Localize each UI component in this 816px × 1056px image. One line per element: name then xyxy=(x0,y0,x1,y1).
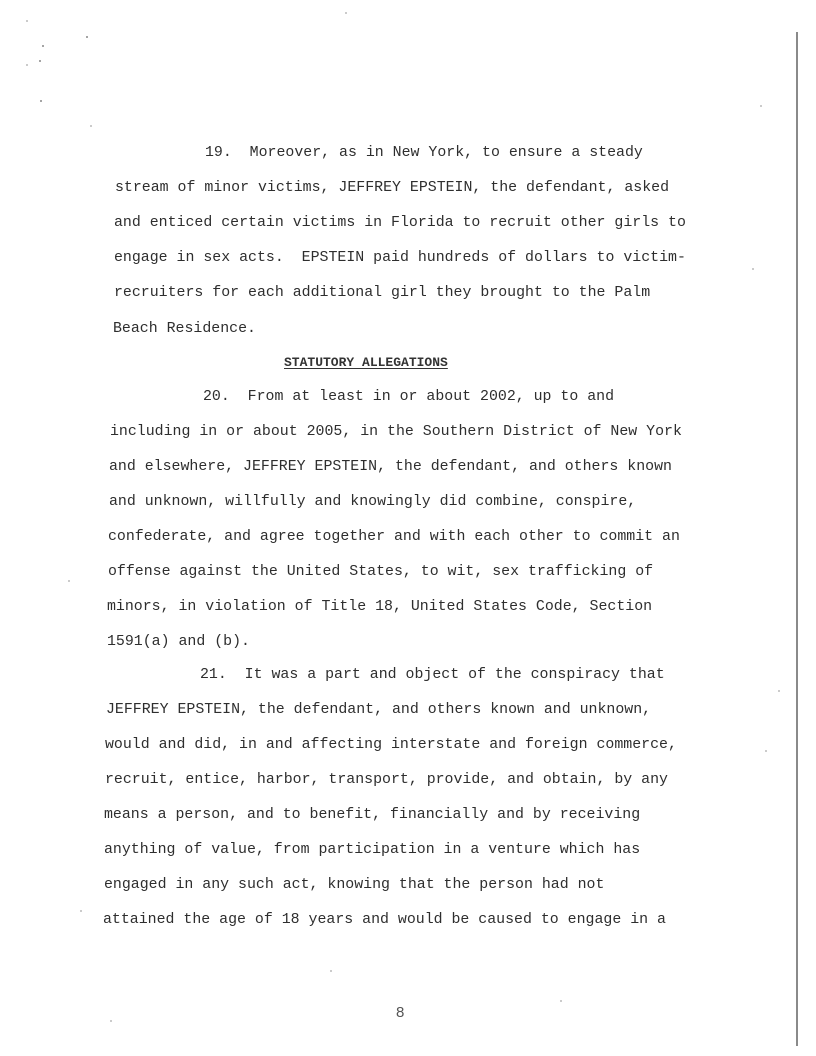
paragraph-19-line-2: stream of minor victims, JEFFREY EPSTEIN… xyxy=(115,179,669,197)
paragraph-19-line-4: engage in sex acts. EPSTEIN paid hundred… xyxy=(114,249,686,267)
scan-speck xyxy=(752,268,754,270)
scan-speck xyxy=(345,12,347,14)
scan-speck xyxy=(330,970,332,972)
scan-speck xyxy=(110,1020,112,1022)
paragraph-21-line-3: would and did, in and affecting intersta… xyxy=(105,736,677,754)
paragraph-21-line-1: 21. It was a part and object of the cons… xyxy=(200,666,665,684)
scan-speck xyxy=(86,36,88,38)
scan-speck xyxy=(560,1000,562,1002)
scan-speck xyxy=(39,60,41,62)
scan-speck xyxy=(760,105,762,107)
paragraph-20-line-2: including in or about 2005, in the South… xyxy=(110,423,682,441)
scan-speck xyxy=(68,580,70,582)
page-number: 8 xyxy=(396,1004,404,1021)
paragraph-21-line-5: means a person, and to benefit, financia… xyxy=(104,806,640,824)
scan-margin-line xyxy=(796,32,798,1046)
scan-speck xyxy=(778,690,780,692)
scan-speck xyxy=(42,45,44,47)
scan-speck xyxy=(26,20,28,22)
paragraph-20-line-4: and unknown, willfully and knowingly did… xyxy=(109,493,636,511)
paragraph-20-line-7: minors, in violation of Title 18, United… xyxy=(107,598,652,616)
paragraph-20-line-6: offense against the United States, to wi… xyxy=(108,563,653,581)
scan-speck xyxy=(26,64,28,66)
paragraph-20-line-8: 1591(a) and (b). xyxy=(107,633,250,651)
paragraph-19-line-1: 19. Moreover, as in New York, to ensure … xyxy=(205,144,643,162)
paragraph-19-line-5: recruiters for each additional girl they… xyxy=(114,284,650,302)
paragraph-20-line-1: 20. From at least in or about 2002, up t… xyxy=(203,388,614,406)
scan-speck xyxy=(40,100,42,102)
paragraph-21-line-6: anything of value, from participation in… xyxy=(104,841,640,859)
paragraph-19-line-3: and enticed certain victims in Florida t… xyxy=(114,214,686,232)
scan-speck xyxy=(80,910,82,912)
paragraph-20-line-3: and elsewhere, JEFFREY EPSTEIN, the defe… xyxy=(109,458,672,476)
scan-speck xyxy=(90,125,92,127)
paragraph-21-line-8: attained the age of 18 years and would b… xyxy=(103,911,666,929)
paragraph-21-line-4: recruit, entice, harbor, transport, prov… xyxy=(105,771,668,789)
document-page: 19. Moreover, as in New York, to ensure … xyxy=(0,0,816,1056)
paragraph-21-line-2: JEFFREY EPSTEIN, the defendant, and othe… xyxy=(106,701,651,719)
paragraph-21-line-7: engaged in any such act, knowing that th… xyxy=(104,876,604,894)
paragraph-20-line-5: confederate, and agree together and with… xyxy=(108,528,680,546)
scan-speck xyxy=(765,750,767,752)
paragraph-19-line-6: Beach Residence. xyxy=(113,320,256,338)
section-heading-statutory-allegations: STATUTORY ALLEGATIONS xyxy=(284,354,448,372)
